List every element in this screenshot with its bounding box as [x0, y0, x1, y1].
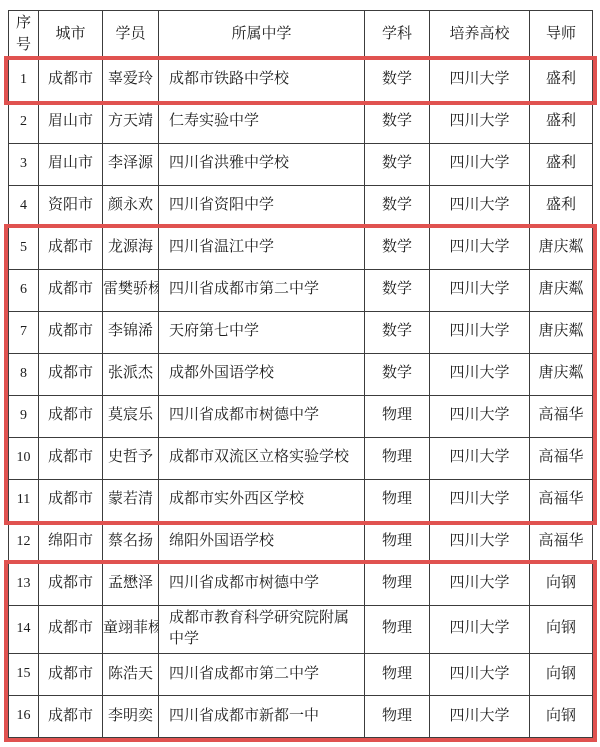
table-row: 15 成都市 陈浩天 四川省成都市第二中学 物理 四川大学 向钢 — [9, 654, 593, 696]
cell-serial-number: 13 — [9, 563, 39, 605]
cell-student-name: 方天靖 — [103, 101, 159, 143]
cell-subject: 物理 — [365, 479, 430, 521]
cell-school: 成都市铁路中学校 — [159, 59, 365, 101]
cell-serial-number: 7 — [9, 311, 39, 353]
col-header-city: 城市 — [39, 11, 103, 60]
cell-subject: 物理 — [365, 521, 430, 563]
table-row: 2 眉山市 方天靖 仁寿实验中学 数学 四川大学 盛利 — [9, 101, 593, 143]
cell-serial-number: 2 — [9, 101, 39, 143]
cell-school: 四川省资阳中学 — [159, 185, 365, 227]
cell-subject: 物理 — [365, 563, 430, 605]
cell-mentor: 向钢 — [530, 563, 593, 605]
cell-mentor: 高福华 — [530, 479, 593, 521]
cell-student-name: 莫宸乐 — [103, 395, 159, 437]
cell-mentor: 唐庆粼 — [530, 269, 593, 311]
cell-subject: 物理 — [365, 696, 430, 738]
cell-student-name: 蒙若清 — [103, 479, 159, 521]
table-row: 3 眉山市 李泽源 四川省洪雅中学校 数学 四川大学 盛利 — [9, 143, 593, 185]
cell-city: 眉山市 — [39, 143, 103, 185]
cell-city: 成都市 — [39, 395, 103, 437]
cell-mentor: 向钢 — [530, 605, 593, 654]
cell-university: 四川大学 — [430, 269, 530, 311]
table-row: 5 成都市 龙源海 四川省温江中学 数学 四川大学 唐庆粼 — [9, 227, 593, 269]
cell-city: 成都市 — [39, 311, 103, 353]
cell-student-name: 颜永欢 — [103, 185, 159, 227]
cell-university: 四川大学 — [430, 227, 530, 269]
cell-serial-number: 8 — [9, 353, 39, 395]
cell-student-name: 史哲予 — [103, 437, 159, 479]
cell-school: 仁寿实验中学 — [159, 101, 365, 143]
cell-serial-number: 1 — [9, 59, 39, 101]
cell-subject: 数学 — [365, 269, 430, 311]
cell-student-name: 蔡名扬 — [103, 521, 159, 563]
cell-mentor: 唐庆粼 — [530, 227, 593, 269]
cell-city: 成都市 — [39, 696, 103, 738]
cell-mentor: 高福华 — [530, 437, 593, 479]
cell-mentor: 唐庆粼 — [530, 311, 593, 353]
cell-university: 四川大学 — [430, 395, 530, 437]
cell-school: 成都外国语学校 — [159, 353, 365, 395]
table-row: 6 成都市 雷樊骄杨 四川省成都市第二中学 数学 四川大学 唐庆粼 — [9, 269, 593, 311]
cell-subject: 物理 — [365, 437, 430, 479]
header-row: 序号 城市 学员 所属中学 学科 培养高校 导师 — [9, 11, 593, 60]
table-row: 7 成都市 李锦浠 天府第七中学 数学 四川大学 唐庆粼 — [9, 311, 593, 353]
cell-city: 眉山市 — [39, 101, 103, 143]
cell-university: 四川大学 — [430, 143, 530, 185]
cell-university: 四川大学 — [430, 521, 530, 563]
cell-serial-number: 4 — [9, 185, 39, 227]
table-row: 14 成都市 童翊菲杨 成都市教育科学研究院附属中学 物理 四川大学 向钢 — [9, 605, 593, 654]
cell-mentor: 盛利 — [530, 143, 593, 185]
table-row: 13 成都市 孟懋泽 四川省成都市树德中学 物理 四川大学 向钢 — [9, 563, 593, 605]
cell-student-name: 雷樊骄杨 — [103, 269, 159, 311]
cell-university: 四川大学 — [430, 479, 530, 521]
cell-serial-number: 16 — [9, 696, 39, 738]
cell-serial-number: 14 — [9, 605, 39, 654]
col-header-serial-number: 序号 — [9, 11, 39, 60]
cell-university: 四川大学 — [430, 563, 530, 605]
cell-university: 四川大学 — [430, 311, 530, 353]
table-row: 11 成都市 蒙若清 成都市实外西区学校 物理 四川大学 高福华 — [9, 479, 593, 521]
student-roster-table: 序号 城市 学员 所属中学 学科 培养高校 导师 1 成都市 辜爱玲 成都市铁路… — [8, 10, 593, 738]
cell-serial-number: 10 — [9, 437, 39, 479]
cell-student-name: 辜爱玲 — [103, 59, 159, 101]
cell-city: 成都市 — [39, 437, 103, 479]
cell-student-name: 龙源海 — [103, 227, 159, 269]
col-header-university: 培养高校 — [430, 11, 530, 60]
cell-university: 四川大学 — [430, 59, 530, 101]
cell-subject: 数学 — [365, 185, 430, 227]
cell-city: 资阳市 — [39, 185, 103, 227]
cell-school: 天府第七中学 — [159, 311, 365, 353]
col-header-subject: 学科 — [365, 11, 430, 60]
cell-university: 四川大学 — [430, 696, 530, 738]
col-header-mentor: 导师 — [530, 11, 593, 60]
cell-serial-number: 5 — [9, 227, 39, 269]
cell-mentor: 高福华 — [530, 395, 593, 437]
cell-mentor: 唐庆粼 — [530, 353, 593, 395]
cell-subject: 数学 — [365, 101, 430, 143]
cell-university: 四川大学 — [430, 101, 530, 143]
cell-city: 成都市 — [39, 227, 103, 269]
cell-city: 成都市 — [39, 353, 103, 395]
cell-serial-number: 3 — [9, 143, 39, 185]
cell-serial-number: 9 — [9, 395, 39, 437]
cell-subject: 数学 — [365, 59, 430, 101]
cell-city: 成都市 — [39, 59, 103, 101]
cell-school: 四川省成都市第二中学 — [159, 269, 365, 311]
table-row: 16 成都市 李明奕 四川省成都市新都一中 物理 四川大学 向钢 — [9, 696, 593, 738]
cell-subject: 物理 — [365, 605, 430, 654]
cell-school: 四川省成都市树德中学 — [159, 563, 365, 605]
cell-serial-number: 11 — [9, 479, 39, 521]
cell-mentor: 盛利 — [530, 185, 593, 227]
cell-school: 四川省成都市第二中学 — [159, 654, 365, 696]
cell-city: 成都市 — [39, 479, 103, 521]
cell-city: 成都市 — [39, 563, 103, 605]
cell-school: 四川省洪雅中学校 — [159, 143, 365, 185]
cell-subject: 物理 — [365, 395, 430, 437]
cell-subject: 数学 — [365, 311, 430, 353]
cell-student-name: 李泽源 — [103, 143, 159, 185]
cell-mentor: 向钢 — [530, 696, 593, 738]
cell-mentor: 高福华 — [530, 521, 593, 563]
cell-city: 成都市 — [39, 605, 103, 654]
cell-city: 成都市 — [39, 654, 103, 696]
table-row: 4 资阳市 颜永欢 四川省资阳中学 数学 四川大学 盛利 — [9, 185, 593, 227]
cell-school: 四川省成都市新都一中 — [159, 696, 365, 738]
cell-student-name: 孟懋泽 — [103, 563, 159, 605]
cell-school: 成都市教育科学研究院附属中学 — [159, 605, 365, 654]
table-row: 8 成都市 张派杰 成都外国语学校 数学 四川大学 唐庆粼 — [9, 353, 593, 395]
col-header-school: 所属中学 — [159, 11, 365, 60]
cell-school: 四川省成都市树德中学 — [159, 395, 365, 437]
cell-school: 成都市实外西区学校 — [159, 479, 365, 521]
table-row: 9 成都市 莫宸乐 四川省成都市树德中学 物理 四川大学 高福华 — [9, 395, 593, 437]
cell-subject: 数学 — [365, 227, 430, 269]
cell-university: 四川大学 — [430, 185, 530, 227]
cell-student-name: 陈浩天 — [103, 654, 159, 696]
document-page: 序号 城市 学员 所属中学 学科 培养高校 导师 1 成都市 辜爱玲 成都市铁路… — [0, 0, 600, 738]
cell-city: 成都市 — [39, 269, 103, 311]
cell-student-name: 张派杰 — [103, 353, 159, 395]
table-row: 10 成都市 史哲予 成都市双流区立格实验学校 物理 四川大学 高福华 — [9, 437, 593, 479]
cell-university: 四川大学 — [430, 605, 530, 654]
cell-university: 四川大学 — [430, 353, 530, 395]
cell-serial-number: 15 — [9, 654, 39, 696]
cell-mentor: 盛利 — [530, 101, 593, 143]
cell-school: 绵阳外国语学校 — [159, 521, 365, 563]
cell-university: 四川大学 — [430, 437, 530, 479]
cell-subject: 数学 — [365, 143, 430, 185]
cell-student-name: 李明奕 — [103, 696, 159, 738]
cell-subject: 物理 — [365, 654, 430, 696]
cell-serial-number: 12 — [9, 521, 39, 563]
cell-student-name: 童翊菲杨 — [103, 605, 159, 654]
cell-serial-number: 6 — [9, 269, 39, 311]
cell-mentor: 向钢 — [530, 654, 593, 696]
cell-student-name: 李锦浠 — [103, 311, 159, 353]
cell-school: 四川省温江中学 — [159, 227, 365, 269]
cell-mentor: 盛利 — [530, 59, 593, 101]
cell-university: 四川大学 — [430, 654, 530, 696]
cell-subject: 数学 — [365, 353, 430, 395]
cell-city: 绵阳市 — [39, 521, 103, 563]
table-row: 12 绵阳市 蔡名扬 绵阳外国语学校 物理 四川大学 高福华 — [9, 521, 593, 563]
col-header-student: 学员 — [103, 11, 159, 60]
cell-school: 成都市双流区立格实验学校 — [159, 437, 365, 479]
table-row: 1 成都市 辜爱玲 成都市铁路中学校 数学 四川大学 盛利 — [9, 59, 593, 101]
